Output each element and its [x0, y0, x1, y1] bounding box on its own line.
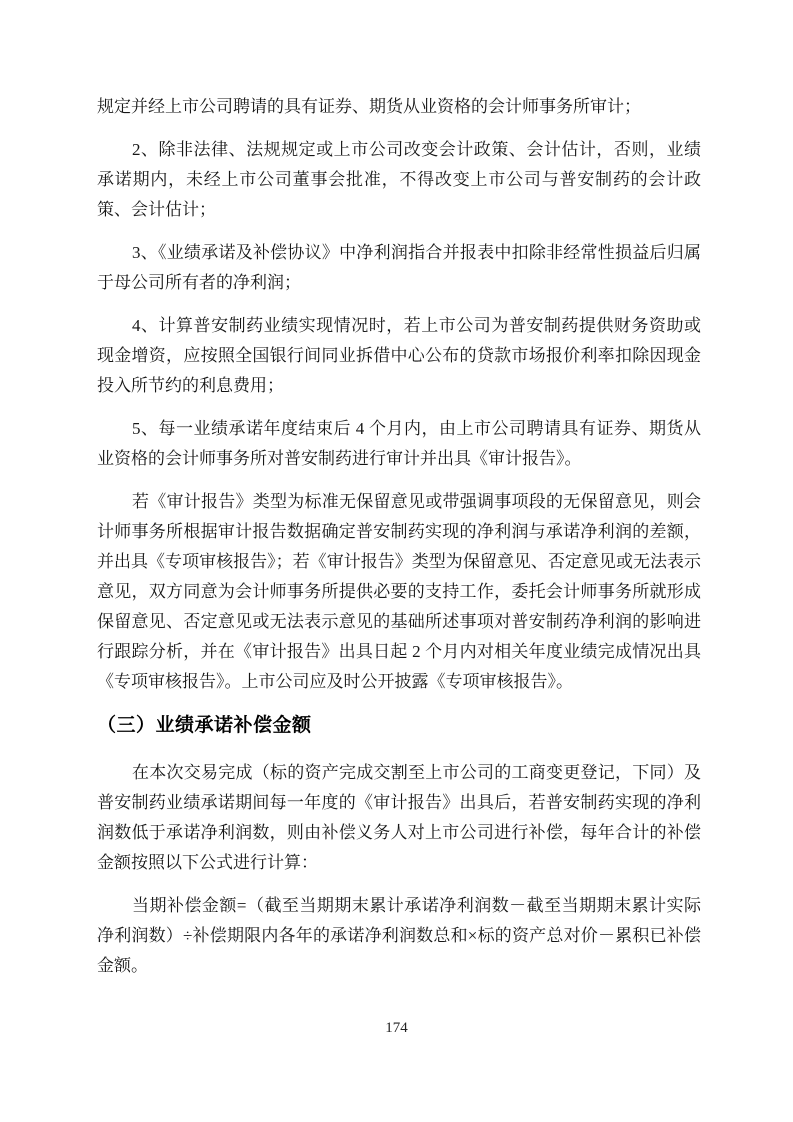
para-transaction-completion: 在本次交易完成（标的资产完成交割至上市公司的工商变更登记，下同）及普安制药业绩承… — [97, 758, 701, 878]
para-audit-report-opinion: 若《审计报告》类型为标准无保留意见或带强调事项段的无保留意见，则会计师事务所根据… — [97, 487, 701, 697]
para-item-5: 5、每一业绩承诺年度结束后 4 个月内，由上市公司聘请具有证券、期货从业资格的会… — [97, 414, 701, 474]
para-item-2: 2、除非法律、法规规定或上市公司改变会计政策、会计估计，否则，业绩承诺期内，未经… — [97, 135, 701, 225]
para-item-3: 3、《业绩承诺及补偿协议》中净利润指合并报表中扣除非经常性损益后归属于母公司所有… — [97, 238, 701, 298]
document-page: 规定并经上市公司聘请的具有证券、期货从业资格的会计师事务所审计； 2、除非法律、… — [0, 0, 793, 1122]
page-number: 174 — [0, 1018, 793, 1038]
page-content: 规定并经上市公司聘请的具有证券、期货从业资格的会计师事务所审计； 2、除非法律、… — [97, 92, 701, 994]
para-audit-continuation: 规定并经上市公司聘请的具有证券、期货从业资格的会计师事务所审计； — [97, 92, 701, 122]
para-compensation-formula: 当期补偿金额=（截至当期期末累计承诺净利润数－截至当期期末累计实际净利润数）÷补… — [97, 891, 701, 981]
para-item-4: 4、计算普安制药业绩实现情况时，若上市公司为普安制药提供财务资助或现金增资，应按… — [97, 311, 701, 401]
section-heading-compensation-amount: （三）业绩承诺补偿金额 — [97, 712, 701, 740]
